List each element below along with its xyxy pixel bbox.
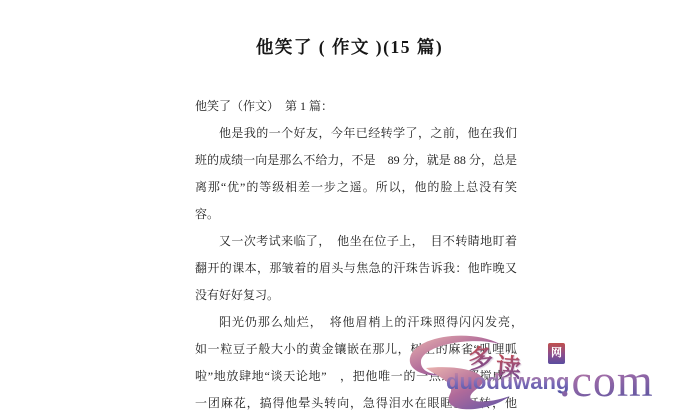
text-line: 翻开的课本，那皱着的眉头与焦急的汗珠告诉我：他昨晚又 [195, 255, 517, 282]
document-body: 他笑了（作文） 第 1 篇： 他是我的一个好友，今年已经转学了，之前，他在我们 … [195, 93, 517, 410]
text-line: 没有好好复习。 [195, 282, 517, 309]
text-line: 他笑了（作文） 第 1 篇： [195, 93, 517, 120]
text-line: 一团麻花，搞得他晕头转向，急得泪水在眼眶里打转，他 [195, 390, 517, 410]
text-line: 如一粒豆子般大小的黄金镶嵌在那儿，树上的麻雀“叽哩呱 [195, 336, 517, 363]
text-line: 又一次考试来临了， 他坐在位子上， 目不转睛地盯着刚 [195, 228, 517, 255]
watermark-wang-badge-icon: 网 [548, 343, 565, 364]
text-line: 阳光仍那么灿烂， 将他眉梢上的汗珠照得闪闪发亮， 犹 [195, 309, 517, 336]
document-page: 他笑了 ( 作文 )(15 篇) 他笑了（作文） 第 1 篇： 他是我的一个好友… [0, 0, 699, 410]
document-title: 他笑了 ( 作文 )(15 篇) [0, 34, 699, 59]
text-line: 班的成绩一向是那么不给力，不是 89 分，就是 88 分，总是 [195, 147, 517, 174]
text-line: 啦”地放肆地“谈天论地” ，把他唯一的一点思绪都搅成了 [195, 363, 517, 390]
text-line: 他是我的一个好友，今年已经转学了，之前，他在我们 [195, 120, 517, 147]
text-line: 容。 [195, 201, 517, 228]
watermark-tld-text: .com [559, 354, 654, 407]
text-line: 离那“优”的等级相差一步之遥。所以，他的脸上总没有笑 [195, 174, 517, 201]
